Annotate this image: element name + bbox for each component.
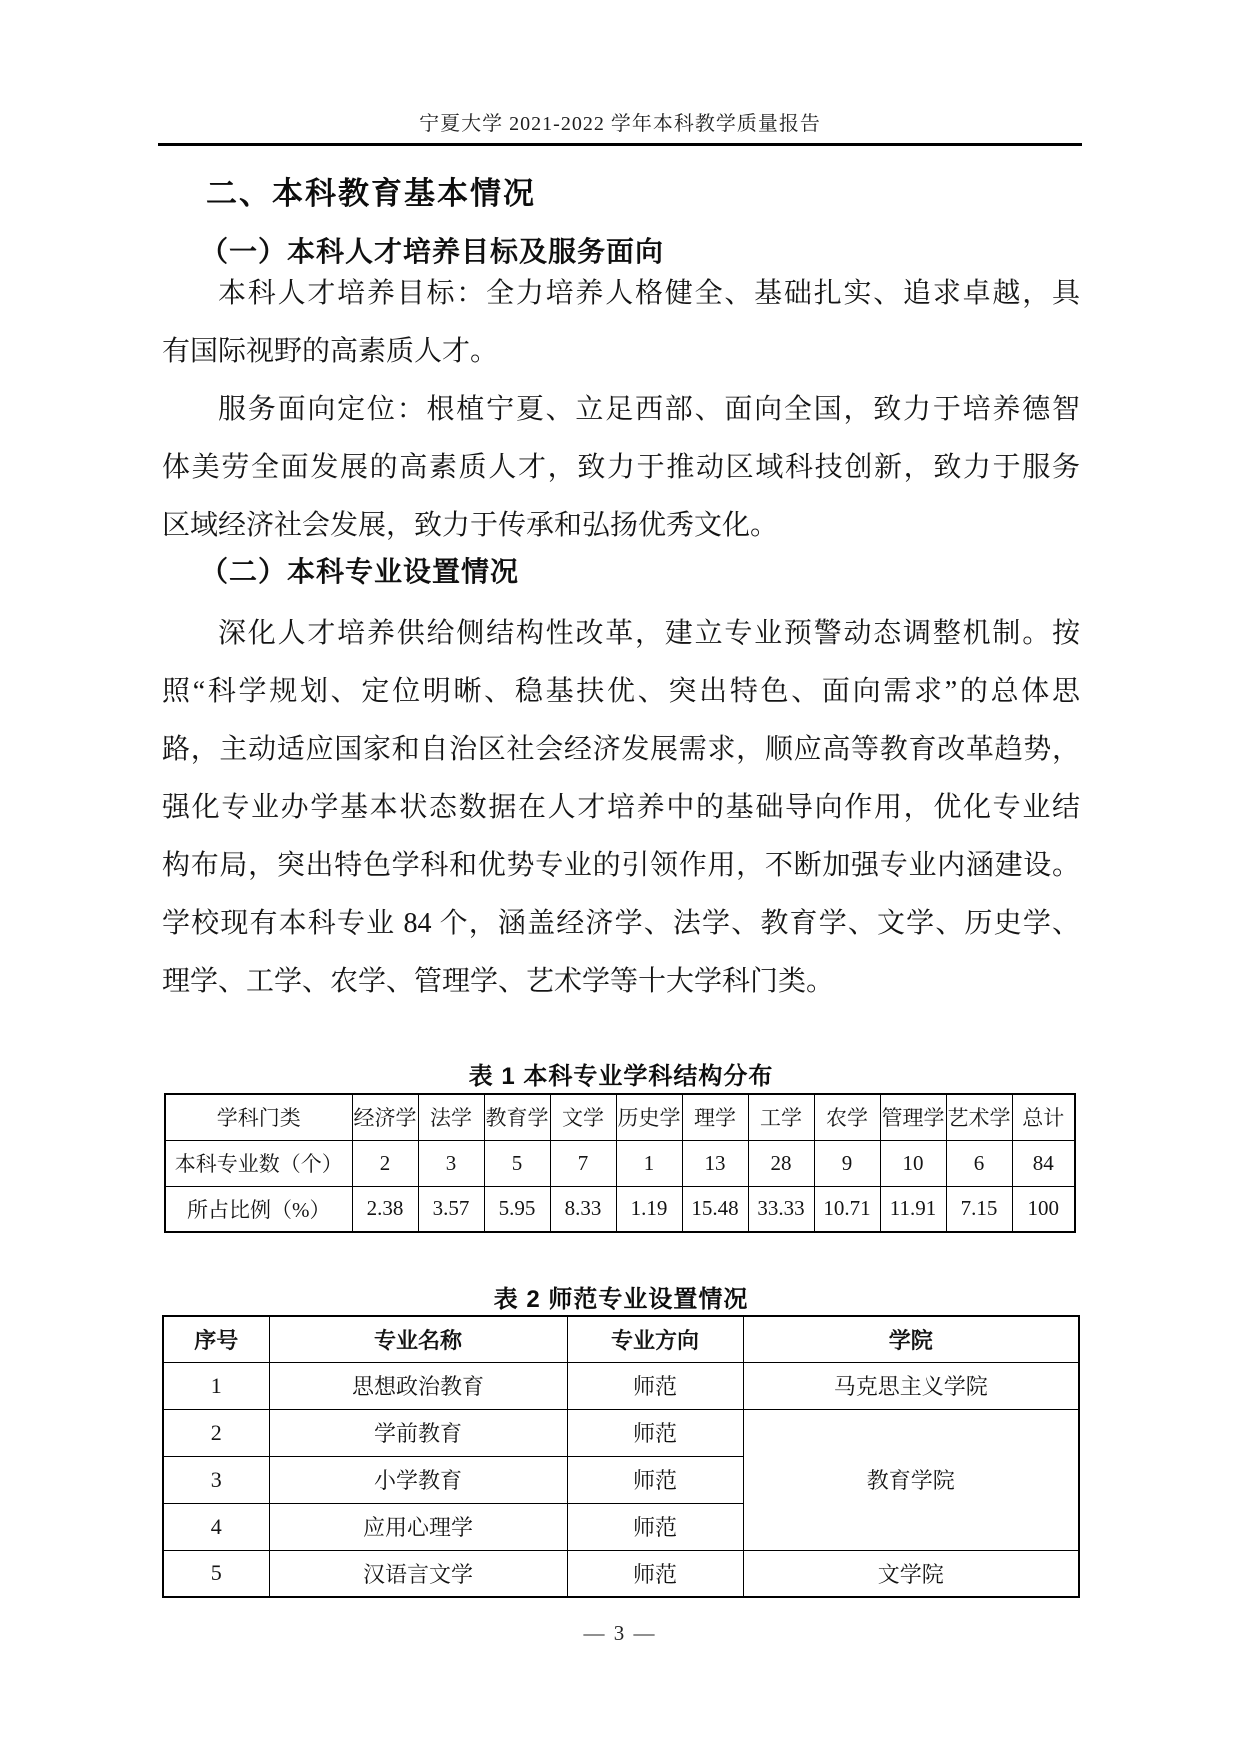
table1-cell: 11.91	[880, 1186, 946, 1232]
table1-header-cell: 工学	[748, 1094, 814, 1140]
subsection-heading-1: （一）本科人才培养目标及服务面向	[162, 230, 1080, 270]
table1-cell: 33.33	[748, 1186, 814, 1232]
table2-cell-no: 1	[163, 1362, 269, 1409]
table1-header-cell: 理学	[682, 1094, 748, 1140]
table2-cell-major: 思想政治教育	[269, 1362, 567, 1409]
table1-cell: 10	[880, 1140, 946, 1186]
table1-cell: 5	[484, 1140, 550, 1186]
body-line: 学校现有本科专业 84 个，涵盖经济学、法学、教育学、文学、历史学、	[162, 895, 1080, 953]
body-line: 本科人才培养目标：全力培养人格健全、基础扎实、追求卓越，具	[162, 265, 1080, 323]
table2-header-cell: 专业方向	[567, 1316, 743, 1362]
subsection-heading-2: （二）本科专业设置情况	[162, 550, 1080, 590]
table-row: 所占比例（%） 2.38 3.57 5.95 8.33 1.19 15.48 3…	[165, 1186, 1075, 1232]
table2-header-cell: 序号	[163, 1316, 269, 1362]
table2-cell-no: 2	[163, 1409, 269, 1456]
table1-header-cell: 艺术学	[946, 1094, 1012, 1140]
table2-cell-direction: 师范	[567, 1456, 743, 1503]
table-subject-structure: 学科门类 经济学 法学 教育学 文学 历史学 理学 工学 农学 管理学 艺术学 …	[164, 1093, 1076, 1233]
table1-header-cell: 文学	[550, 1094, 616, 1140]
table2-cell-college: 文学院	[743, 1550, 1079, 1597]
table1-cell: 1	[616, 1140, 682, 1186]
table1-cell: 5.95	[484, 1186, 550, 1232]
body-line: 有国际视野的高素质人才。	[162, 323, 1080, 381]
body-line: 体美劳全面发展的高素质人才，致力于推动区域科技创新，致力于服务	[162, 439, 1080, 497]
table1-cell: 9	[814, 1140, 880, 1186]
table1-row-label: 所占比例（%）	[165, 1186, 352, 1232]
section-heading: 二、本科教育基本情况	[162, 168, 1080, 213]
table1-cell: 8.33	[550, 1186, 616, 1232]
table1-header-cell: 历史学	[616, 1094, 682, 1140]
table1-cell: 100	[1012, 1186, 1075, 1232]
table2-cell-college-merged: 教育学院	[743, 1409, 1079, 1550]
table2-cell-no: 4	[163, 1503, 269, 1550]
table-row: 1 思想政治教育 师范 马克思主义学院	[163, 1362, 1079, 1409]
table1-cell: 3	[418, 1140, 484, 1186]
table1-cell: 13	[682, 1140, 748, 1186]
table1-cell: 1.19	[616, 1186, 682, 1232]
table2-cell-direction: 师范	[567, 1550, 743, 1597]
table-normal-majors: 序号 专业名称 专业方向 学院 1 思想政治教育 师范 马克思主义学院 2 学前…	[162, 1315, 1080, 1598]
table2-cell-no: 5	[163, 1550, 269, 1597]
table2-cell-major: 小学教育	[269, 1456, 567, 1503]
table2-header-cell: 专业名称	[269, 1316, 567, 1362]
table-row: 本科专业数（个） 2 3 5 7 1 13 28 9 10 6 84	[165, 1140, 1075, 1186]
table1-cell: 15.48	[682, 1186, 748, 1232]
header-rule	[158, 143, 1082, 146]
table1-header-cell: 经济学	[352, 1094, 418, 1140]
table-row: 学科门类 经济学 法学 教育学 文学 历史学 理学 工学 农学 管理学 艺术学 …	[165, 1094, 1075, 1140]
table-row: 序号 专业名称 专业方向 学院	[163, 1316, 1079, 1362]
table1-header-cell: 学科门类	[165, 1094, 352, 1140]
table1-cell: 10.71	[814, 1186, 880, 1232]
table1-cell: 6	[946, 1140, 1012, 1186]
table2-cell-direction: 师范	[567, 1362, 743, 1409]
body-line: 深化人才培养供给侧结构性改革，建立专业预警动态调整机制。按	[162, 605, 1080, 663]
table1-cell: 2.38	[352, 1186, 418, 1232]
table1-header-cell: 总计	[1012, 1094, 1075, 1140]
table2-cell-direction: 师范	[567, 1503, 743, 1550]
page-number: — 3 —	[0, 1620, 1240, 1646]
table1-row-label: 本科专业数（个）	[165, 1140, 352, 1186]
table2-cell-no: 3	[163, 1456, 269, 1503]
table1-cell: 7	[550, 1140, 616, 1186]
body-line: 强化专业办学基本状态数据在人才培养中的基础导向作用，优化专业结	[162, 779, 1080, 837]
table2-cell-major: 汉语言文学	[269, 1550, 567, 1597]
table1-cell: 84	[1012, 1140, 1075, 1186]
table-row: 2 学前教育 师范 教育学院	[163, 1409, 1079, 1456]
body-line: 构布局，突出特色学科和优势专业的引领作用，不断加强专业内涵建设。	[162, 837, 1080, 895]
table2-header-cell: 学院	[743, 1316, 1079, 1362]
table2-cell-major: 应用心理学	[269, 1503, 567, 1550]
body-line: 路，主动适应国家和自治区社会经济发展需求，顺应高等教育改革趋势，	[162, 721, 1080, 779]
body-line: 区域经济社会发展，致力于传承和弘扬优秀文化。	[162, 497, 1080, 555]
table-row: 5 汉语言文学 师范 文学院	[163, 1550, 1079, 1597]
table2-cell-direction: 师范	[567, 1409, 743, 1456]
document-page: 宁夏大学 2021-2022 学年本科教学质量报告 二、本科教育基本情况 （一）…	[0, 0, 1240, 1753]
body-line: 照“科学规划、定位明晰、稳基扶优、突出特色、面向需求”的总体思	[162, 663, 1080, 721]
table2-cell-major: 学前教育	[269, 1409, 567, 1456]
body-line: 理学、工学、农学、管理学、艺术学等十大学科门类。	[162, 953, 1080, 1011]
table1-cell: 7.15	[946, 1186, 1012, 1232]
table2-title: 表 2 师范专业设置情况	[162, 1279, 1080, 1314]
table2-cell-college: 马克思主义学院	[743, 1362, 1079, 1409]
table1-cell: 2	[352, 1140, 418, 1186]
body-line: 服务面向定位：根植宁夏、立足西部、面向全国，致力于培养德智	[162, 381, 1080, 439]
running-header: 宁夏大学 2021-2022 学年本科教学质量报告	[0, 107, 1240, 136]
table1-header-cell: 法学	[418, 1094, 484, 1140]
table1-header-cell: 管理学	[880, 1094, 946, 1140]
table1-cell: 3.57	[418, 1186, 484, 1232]
table1-header-cell: 农学	[814, 1094, 880, 1140]
table1-header-cell: 教育学	[484, 1094, 550, 1140]
table1-title: 表 1 本科专业学科结构分布	[162, 1056, 1080, 1091]
table1-cell: 28	[748, 1140, 814, 1186]
